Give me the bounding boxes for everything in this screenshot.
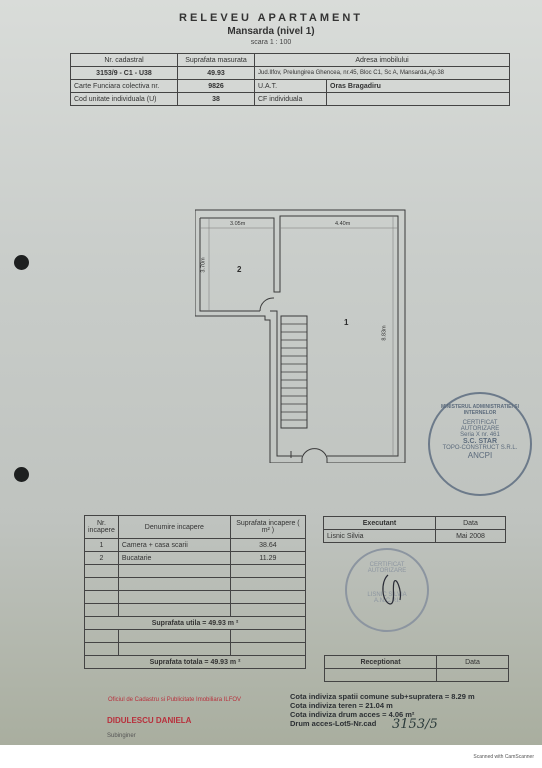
receptionat-date-header: Data (437, 656, 509, 669)
address-header: Adresa imobilului (255, 54, 510, 67)
address-value: Jud.Ilfov, Prelungirea Ghencea, nr.45, B… (255, 67, 510, 80)
table-row: 1 Camera + casa scarii 38.64 (85, 539, 306, 552)
cf-label: CF individuala (255, 93, 327, 106)
scale-label: scara 1 : 100 (0, 39, 542, 46)
uat-value: Oras Bragadiru (327, 80, 510, 93)
cadastral-value: 3153/9 - C1 - U38 (71, 67, 178, 80)
cadastral-header: Nr. cadastral (71, 54, 178, 67)
officer-role: Subinginer (107, 733, 136, 739)
executant-date-header: Data (436, 517, 506, 530)
room2-label: 2 (237, 265, 241, 274)
room1-label: 1 (344, 318, 348, 327)
officer-name: DIDULESCU DANIELA (107, 716, 191, 725)
surface-value: 49.93 (178, 67, 255, 80)
dim-room2-width: 3.05m (230, 221, 245, 227)
signature (378, 570, 408, 610)
table-row: 2 Bucatarie 11.29 (85, 552, 306, 565)
uat-label: U.A.T. (255, 80, 327, 93)
punch-hole (14, 467, 29, 482)
cf-value (327, 93, 510, 106)
receptionat-header: Receptionat (325, 656, 437, 669)
surface-header: Suprafata incapere ( m² ) (230, 516, 305, 539)
executant-date: Mai 2008 (436, 530, 506, 543)
rooms-table: Nr. incapere Denumire incapere Suprafata… (84, 515, 306, 669)
share-notes: Cota indiviza spatii comune sub+suprater… (290, 692, 475, 728)
ministry-stamp: MINISTERUL ADMINISTRATIEI SI INTERNELOR … (428, 392, 532, 496)
dim-room1-width: 4.40m (335, 221, 350, 227)
useful-surface-total: Suprafata utila = 49.93 m ² (85, 617, 306, 630)
name-header: Denumire incapere (118, 516, 230, 539)
dim-room2-height: 3.70m (201, 257, 207, 272)
carte-label: Carte Funciara colectiva nr. (71, 80, 178, 93)
document-title: RELEVEU APARTAMENT (0, 12, 542, 24)
floor-plan (195, 208, 410, 463)
nr-header: Nr. incapere (85, 516, 119, 539)
handwritten-cadastral: 3153/5 (392, 717, 438, 732)
punch-hole (14, 255, 29, 270)
cod-value: 38 (178, 93, 255, 106)
office-name: Oficiul de Cadastru si Publicitate Imobi… (108, 697, 241, 703)
scanner-watermark: Scanned with CamScanner (473, 754, 534, 760)
executant-table: Executant Data Lisnic Silvia Mai 2008 (323, 516, 506, 543)
executant-header: Executant (324, 517, 436, 530)
document-page: RELEVEU APARTAMENT Mansarda (nivel 1) sc… (0, 0, 542, 745)
carte-value: 9826 (178, 80, 255, 93)
document-subtitle: Mansarda (nivel 1) (0, 26, 542, 37)
dim-room1-height: 8.83m (382, 325, 388, 340)
receptionat-table: Receptionat Data (324, 655, 509, 682)
executant-name: Lisnic Silvia (324, 530, 436, 543)
total-surface: Suprafata totala = 49.93 m ² (85, 656, 306, 669)
surface-header: Suprafata masurata (178, 54, 255, 67)
info-table: Nr. cadastral Suprafata masurata Adresa … (70, 53, 510, 106)
cod-label: Cod unitate individuala (U) (71, 93, 178, 106)
